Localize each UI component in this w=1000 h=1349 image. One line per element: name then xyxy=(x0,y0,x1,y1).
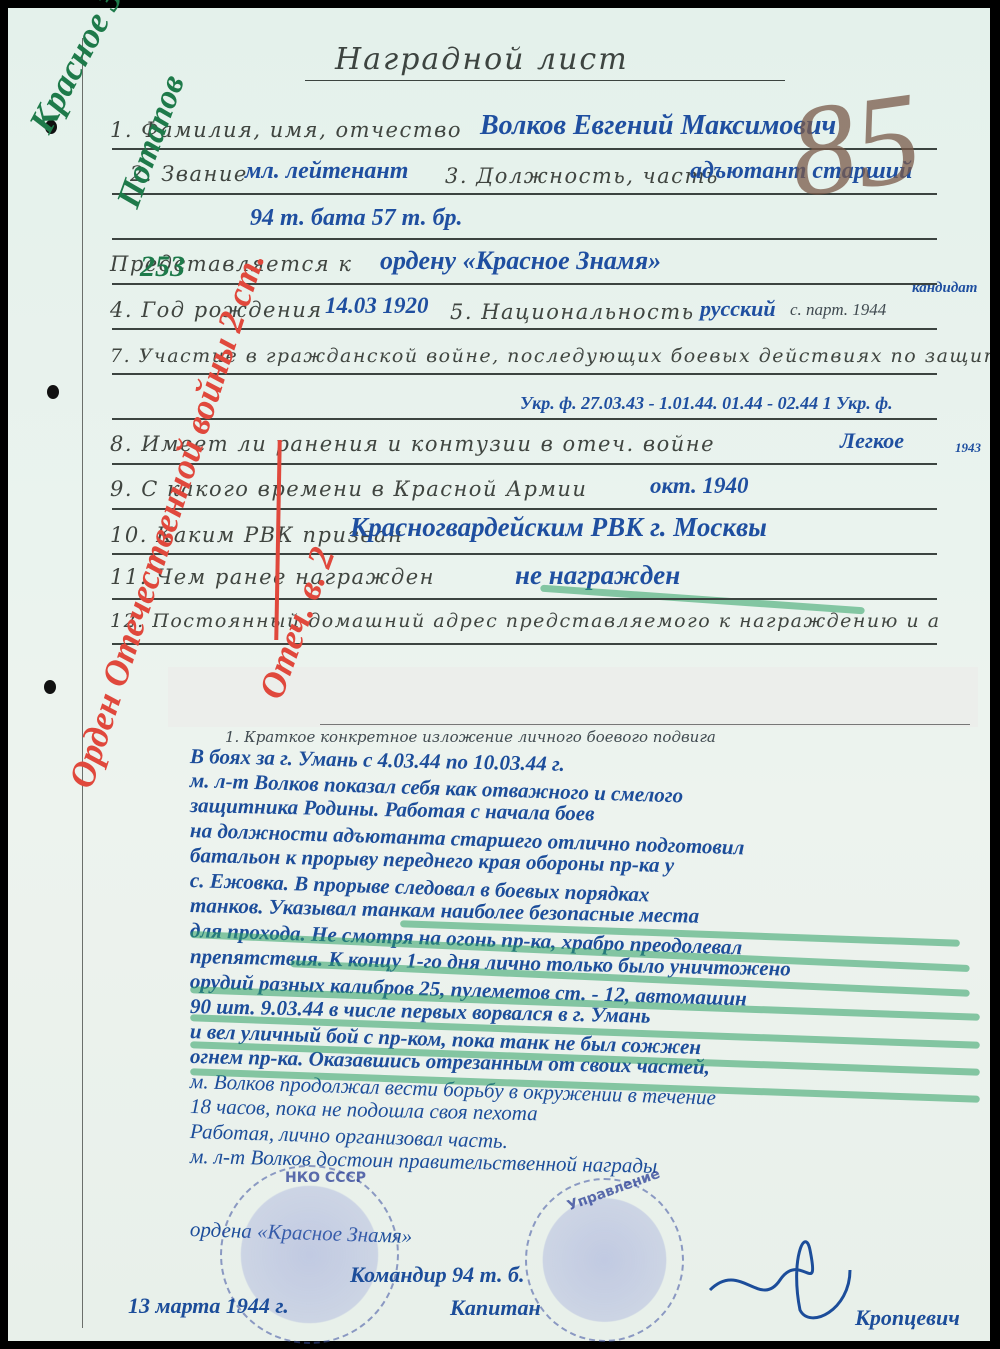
title-underline xyxy=(305,80,785,81)
field-value-rvk: Красногвардейским РВК г. Москвы xyxy=(350,512,767,543)
field-value-rank: мл. лейтенант xyxy=(245,158,408,185)
rule xyxy=(112,598,937,600)
field-label-address: 12. Постоянный домашний адрес представля… xyxy=(110,610,940,632)
rule xyxy=(112,418,937,420)
field-value-war: Укр. ф. 27.03.43 - 1.01.44. 01.44 - 02.4… xyxy=(520,393,893,414)
signature-role: Командир 94 т. б. xyxy=(350,1262,525,1288)
signature-name: Кропцевич xyxy=(855,1305,960,1331)
field-value-name: Волков Евгений Максимович xyxy=(480,110,836,142)
rule xyxy=(112,463,937,465)
punch-hole xyxy=(44,680,56,694)
field-value-unit: 94 т. бата 57 т. бр. xyxy=(250,205,463,232)
field-value-wounds-year: 1943 xyxy=(955,440,981,456)
field-value-award: ордену «Красное Знамя» xyxy=(380,246,661,276)
field-label-nationality: 5. Национальность xyxy=(450,300,695,324)
field-label-position: 3. Должность, часть xyxy=(445,164,719,188)
signature-rank: Капитан xyxy=(450,1295,541,1321)
margin-note-brown-number: 85 xyxy=(780,62,930,229)
signature-date: 13 марта 1944 г. xyxy=(128,1293,289,1319)
field-value-party-extra: кандидат xyxy=(912,280,977,297)
document-title: Наградной лист xyxy=(335,42,629,77)
punch-hole xyxy=(47,385,59,399)
margin-note-green-number: 253 xyxy=(140,250,185,284)
stamp-nko-text: НКО СССР xyxy=(285,1170,366,1186)
rule xyxy=(112,238,937,240)
rule xyxy=(112,508,937,510)
rule xyxy=(112,553,937,555)
rule xyxy=(112,643,937,645)
field-value-service: окт. 1940 xyxy=(650,473,749,499)
field-value-nationality: русский xyxy=(700,296,776,322)
stamp-department xyxy=(525,1178,684,1342)
margin-line xyxy=(82,38,83,1328)
signature-scribble xyxy=(700,1220,860,1330)
field-value-wounds: Легкое xyxy=(840,428,904,454)
field-value-birth: 14.03 1920 xyxy=(325,293,429,319)
feat-heading: 1. Краткое конкретное изложение личного … xyxy=(225,728,716,746)
rule xyxy=(320,724,970,725)
field-value-party: с. парт. 1944 xyxy=(790,300,886,320)
